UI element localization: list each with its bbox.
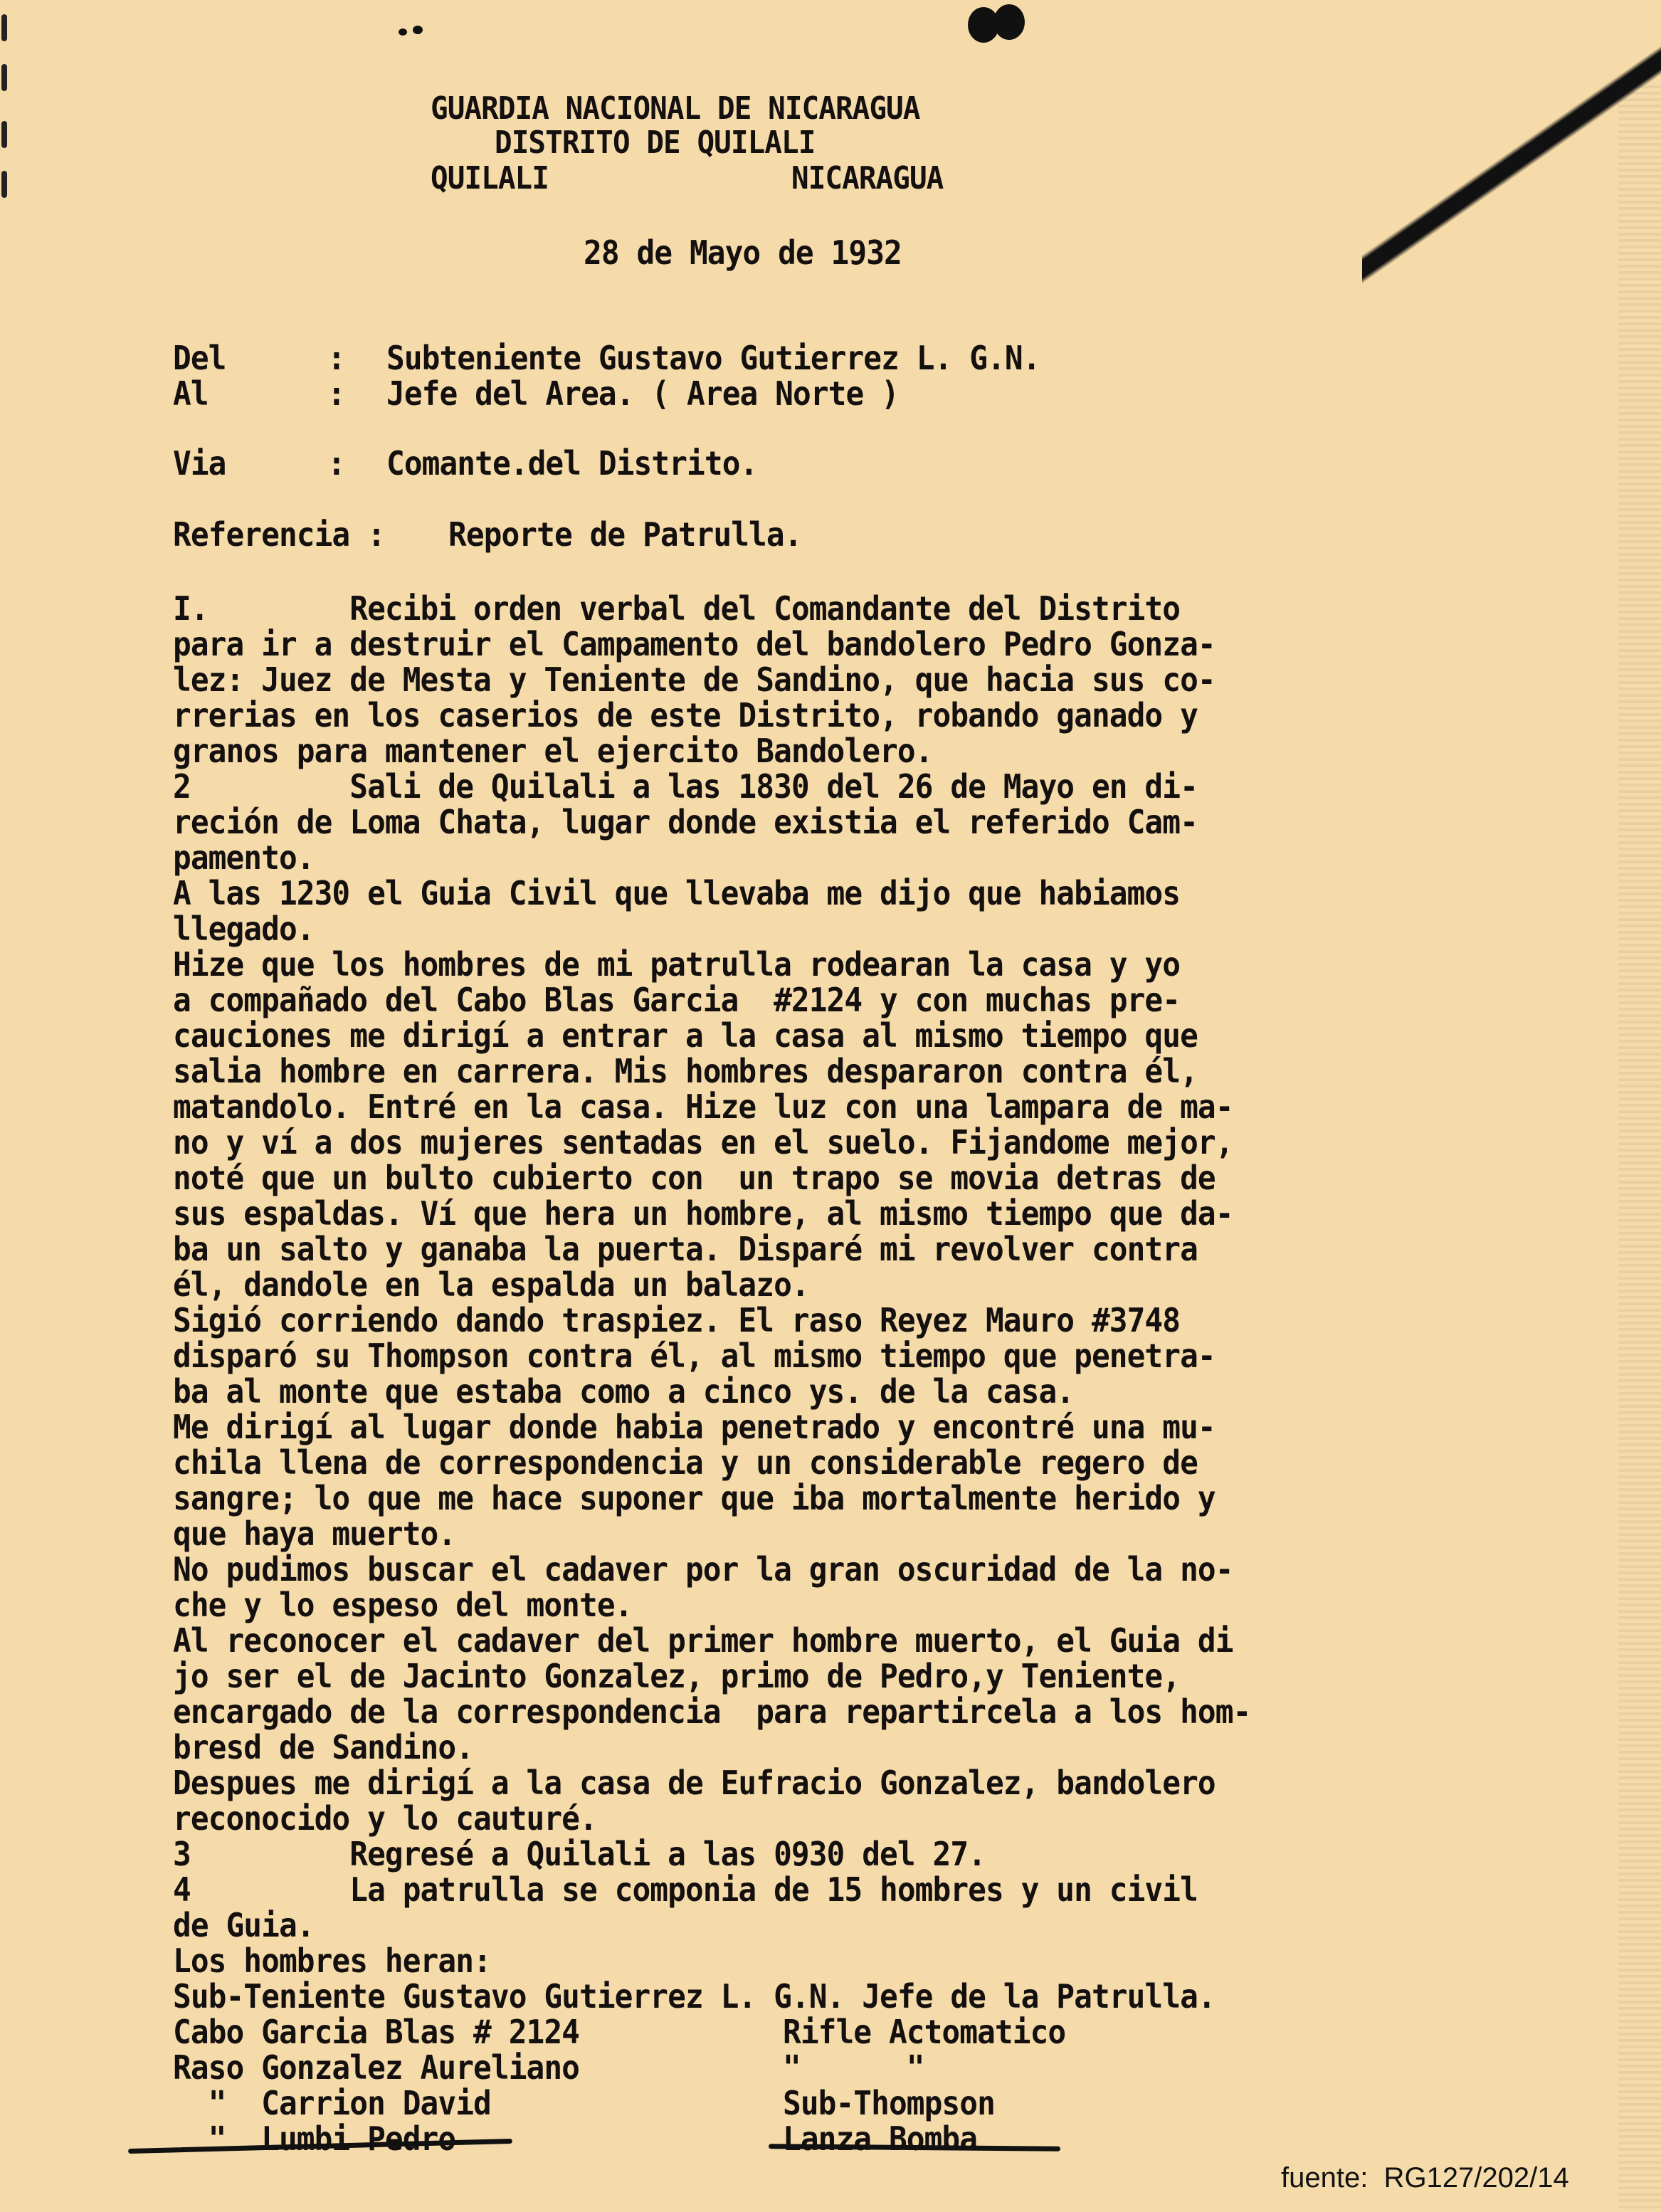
body-line: Al reconocer el cadaver del primer hombr…: [173, 1623, 1233, 1658]
body-line: granos para mantener el ejercito Bandole…: [173, 733, 933, 769]
body-line: lez: Juez de Mesta y Teniente de Sandino…: [173, 662, 1216, 697]
roster-weapon: Sub-Thompson: [783, 2085, 995, 2121]
roster-weapon: " ": [783, 2050, 924, 2085]
body-line: 3 Regresé a Quilali a las 0930 del 27.: [173, 1836, 986, 1872]
body-line: Sub-Teniente Gustavo Gutierrez L. G.N. J…: [173, 1979, 1216, 2014]
roster-weapon-struck: Lanza Bomba: [783, 2121, 977, 2156]
body-line: bresd de Sandino.: [173, 1729, 473, 1765]
body-line: ba un salto y ganaba la puerta. Disparé …: [173, 1231, 1198, 1267]
document-page: GUARDIA NACIONAL DE NICARAGUA DISTRITO D…: [0, 0, 1661, 2212]
letterhead-line-3-left: QUILALI: [431, 161, 549, 196]
body-line: chila llena de correspondencia y un cons…: [173, 1445, 1198, 1480]
body-line: jo ser el de Jacinto Gonzalez, primo de …: [173, 1658, 1180, 1694]
body-line: encargado de la correspondencia para rep…: [173, 1694, 1250, 1729]
folded-corner-shadow: [1362, 0, 1661, 370]
roster-name: Raso Gonzalez Aureliano: [173, 2050, 579, 2085]
body-line: I. Recibi orden verbal del Comandante de…: [173, 591, 1180, 626]
edge-shadow: [1618, 85, 1661, 2212]
body-line: no y ví a dos mujeres sentadas en el sue…: [173, 1125, 1233, 1160]
roster-name: " Carrion David: [173, 2085, 491, 2121]
body-line: cauciones me dirigí a entrar a la casa a…: [173, 1018, 1198, 1053]
body-line: Hize que los hombres de mi patrulla rode…: [173, 947, 1180, 982]
body-line: rrerias en los caserios de este Distrito…: [173, 697, 1198, 733]
body-line: A las 1230 el Guia Civil que llevaba me …: [173, 875, 1180, 911]
body-line: reción de Loma Chata, lugar donde existi…: [173, 804, 1198, 840]
body-line: 4 La patrulla se componia de 15 hombres …: [173, 1872, 1198, 1907]
roster-name: Cabo Garcia Blas # 2124: [173, 2014, 579, 2050]
body-line: sus espaldas. Ví que hera un hombre, al …: [173, 1196, 1233, 1231]
routing-label-from: Del: [173, 340, 226, 376]
body-line: che y lo espeso del monte.: [173, 1587, 632, 1623]
routing-sep: :: [327, 376, 345, 411]
body-line: Los hombres heran:: [173, 1943, 491, 1979]
routing-label-to: Al: [173, 376, 209, 411]
body-line: matandolo. Entré en la casa. Hize luz co…: [173, 1089, 1233, 1125]
body-line: Sigió corriendo dando traspiez. El raso …: [173, 1302, 1180, 1338]
source-caption: fuente: RG127/202/14: [1281, 2162, 1569, 2194]
body-line: que haya muerto.: [173, 1516, 455, 1552]
body-line: disparó su Thompson contra él, al mismo …: [173, 1338, 1216, 1374]
body-line: 2 Sali de Quilali a las 1830 del 26 de M…: [173, 769, 1198, 804]
body-line: No pudimos buscar el cadaver por la gran…: [173, 1552, 1233, 1587]
reference-label: Referencia :: [173, 517, 385, 552]
body-line: salia hombre en carrera. Mis hombres des…: [173, 1053, 1198, 1089]
routing-sep: :: [327, 446, 345, 481]
body-line: Despues me dirigí a la casa de Eufracio …: [173, 1765, 1216, 1801]
letterhead-line-3-right: NICARAGUA: [791, 161, 943, 196]
body-line: sangre; lo que me hace suponer que iba m…: [173, 1480, 1216, 1516]
body-line: a compañado del Cabo Blas Garcia #2124 y…: [173, 982, 1180, 1018]
body-line: noté que un bulto cubierto con un trapo …: [173, 1160, 1216, 1196]
routing-value-to: Jefe del Area. ( Area Norte ): [386, 376, 899, 411]
routing-value-from: Subteniente Gustavo Gutierrez L. G.N.: [386, 340, 1040, 376]
routing-label-via: Via: [173, 446, 226, 481]
reference-value: Reporte de Patrulla.: [448, 517, 802, 552]
body-line: llegado.: [173, 911, 315, 947]
body-line: pamento.: [173, 840, 315, 875]
document-date: 28 de Mayo de 1932: [584, 235, 902, 270]
body-line: reconocido y lo cauturé.: [173, 1801, 597, 1836]
binding-marks: [0, 0, 14, 235]
body-line: él, dandole en la espalda un balazo.: [173, 1267, 809, 1302]
routing-sep: :: [327, 340, 345, 376]
letterhead-line-2: DISTRITO DE QUILALI: [495, 125, 815, 161]
body-line: para ir a destruir el Campamento del ban…: [173, 626, 1216, 662]
routing-value-via: Comante.del Distrito.: [386, 446, 757, 481]
roster-weapon: Rifle Actomatico: [783, 2014, 1065, 2050]
body-line: de Guia.: [173, 1907, 315, 1943]
body-line: ba al monte que estaba como a cinco ys. …: [173, 1374, 1074, 1409]
body-line: Me dirigí al lugar donde habia penetrado…: [173, 1409, 1216, 1445]
letterhead-line-1: GUARDIA NACIONAL DE NICARAGUA: [431, 91, 919, 127]
